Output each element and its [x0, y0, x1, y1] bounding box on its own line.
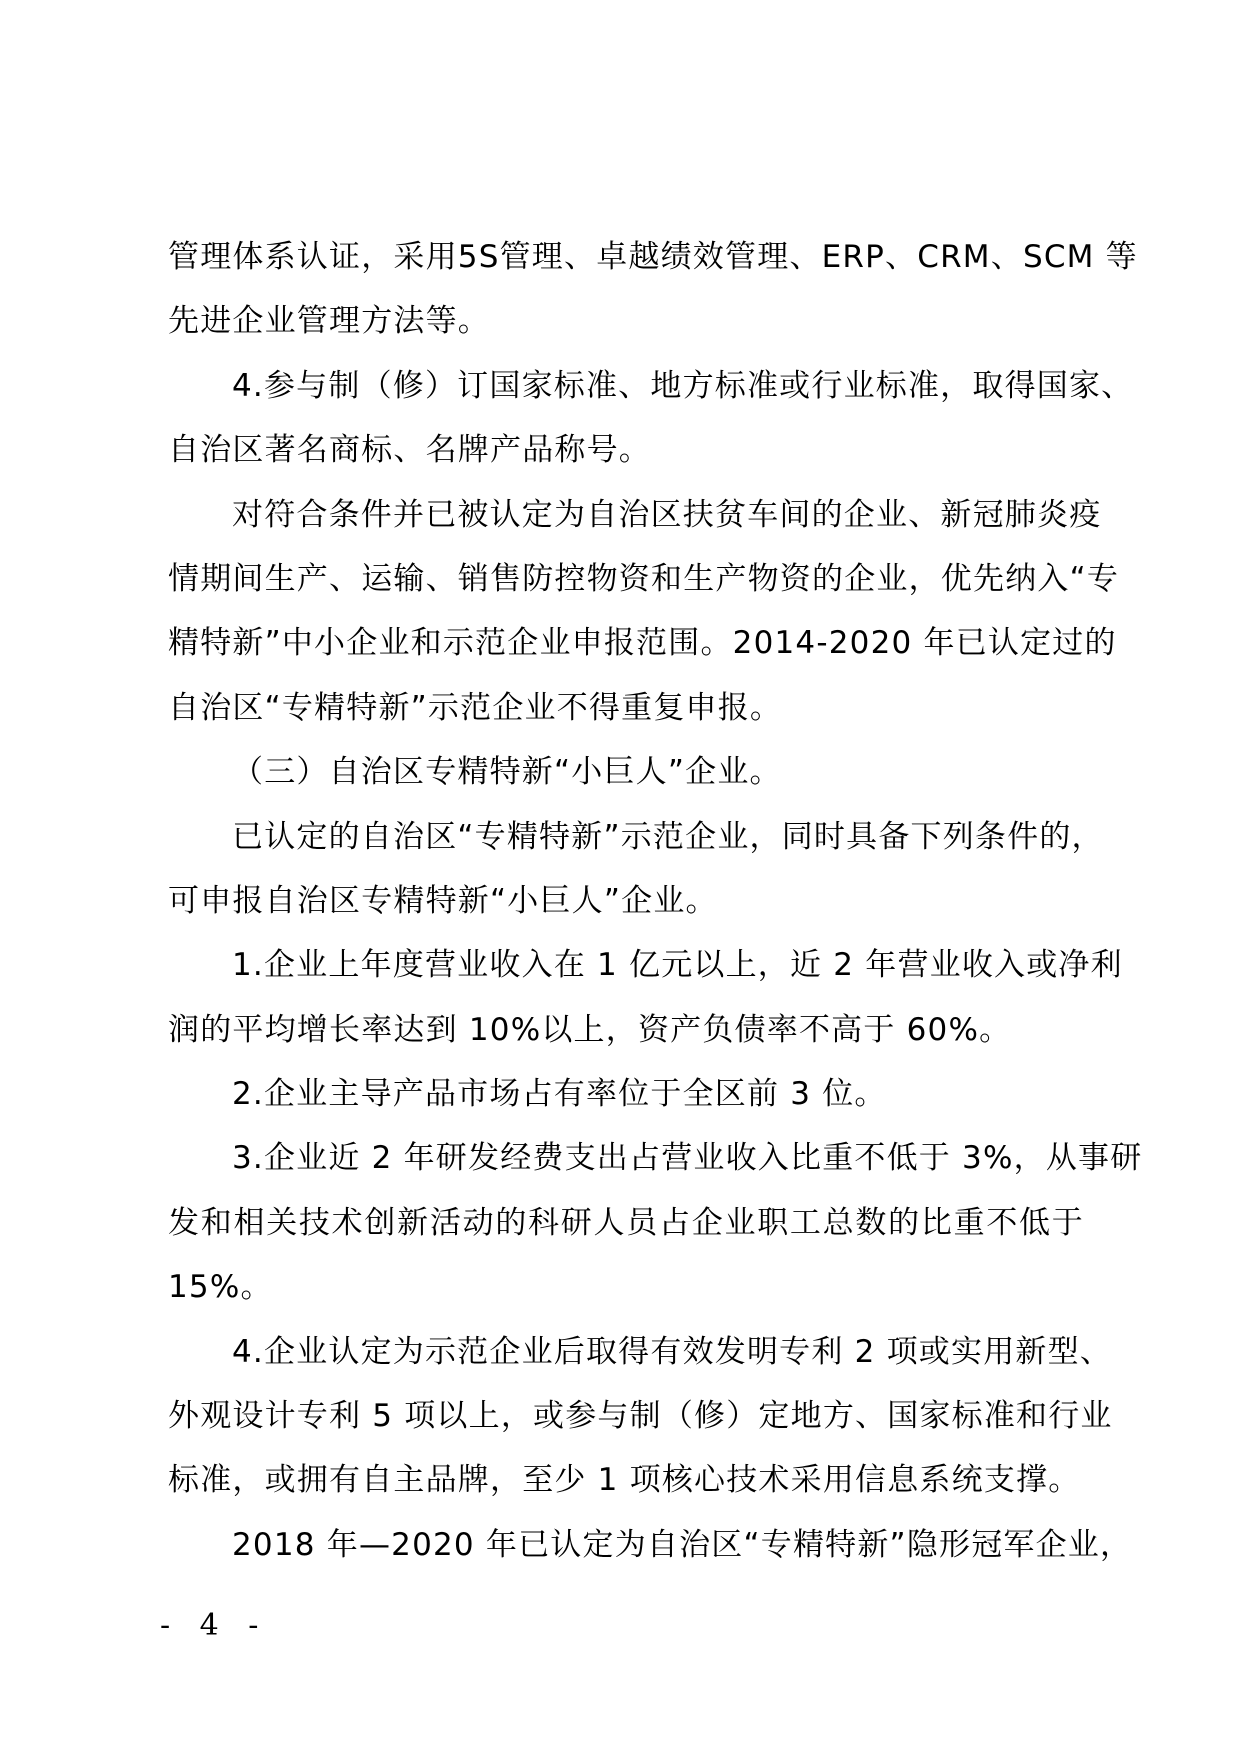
document-page: 管理体系认证，采用5S管理、卓越绩效管理、ERP、CRM、SCM 等 先进企业管…	[0, 0, 1242, 1755]
text-line: 可申报自治区专精特新“小巨人”企业。	[168, 869, 1084, 933]
text-line: 已认定的自治区“专精特新”示范企业，同时具备下列条件的，	[168, 805, 1084, 869]
page-number: - 4 -	[160, 1608, 268, 1643]
text-line: 2.企业主导产品市场占有率位于全区前 3 位。	[168, 1062, 1084, 1126]
text-line: 4.企业认定为示范企业后取得有效发明专利 2 项或实用新型、	[168, 1320, 1084, 1384]
text-line: 先进企业管理方法等。	[168, 289, 1084, 353]
text-line: 15%。	[168, 1255, 1084, 1319]
text-line: 情期间生产、运输、销售防控物资和生产物资的企业，优先纳入“专	[168, 547, 1084, 611]
text-line: 对符合条件并已被认定为自治区扶贫车间的企业、新冠肺炎疫	[168, 483, 1084, 547]
text-line: 精特新”中小企业和示范企业申报范围。2014-2020 年已认定过的	[168, 611, 1084, 675]
text-line: 4.参与制（修）订国家标准、地方标准或行业标准，取得国家、	[168, 354, 1084, 418]
text-line: 润的平均增长率达到 10%以上，资产负债率不高于 60%。	[168, 998, 1084, 1062]
text-line: 外观设计专利 5 项以上，或参与制（修）定地方、国家标准和行业	[168, 1384, 1084, 1448]
text-line: 管理体系认证，采用5S管理、卓越绩效管理、ERP、CRM、SCM 等	[168, 225, 1084, 289]
text-line: 发和相关技术创新活动的科研人员占企业职工总数的比重不低于	[168, 1191, 1084, 1255]
text-line: 自治区“专精特新”示范企业不得重复申报。	[168, 676, 1084, 740]
text-line: 标准，或拥有自主品牌，至少 1 项核心技术采用信息系统支撑。	[168, 1448, 1084, 1512]
section-heading: （三）自治区专精特新“小巨人”企业。	[168, 740, 1084, 804]
text-line: 1.企业上年度营业收入在 1 亿元以上，近 2 年营业收入或净利	[168, 933, 1084, 997]
text-line: 自治区著名商标、名牌产品称号。	[168, 418, 1084, 482]
text-line: 2018 年—2020 年已认定为自治区“专精特新”隐形冠军企业，	[168, 1513, 1084, 1577]
text-line: 3.企业近 2 年研发经费支出占营业收入比重不低于 3%，从事研	[168, 1126, 1084, 1190]
body-text: 管理体系认证，采用5S管理、卓越绩效管理、ERP、CRM、SCM 等 先进企业管…	[168, 225, 1084, 1577]
